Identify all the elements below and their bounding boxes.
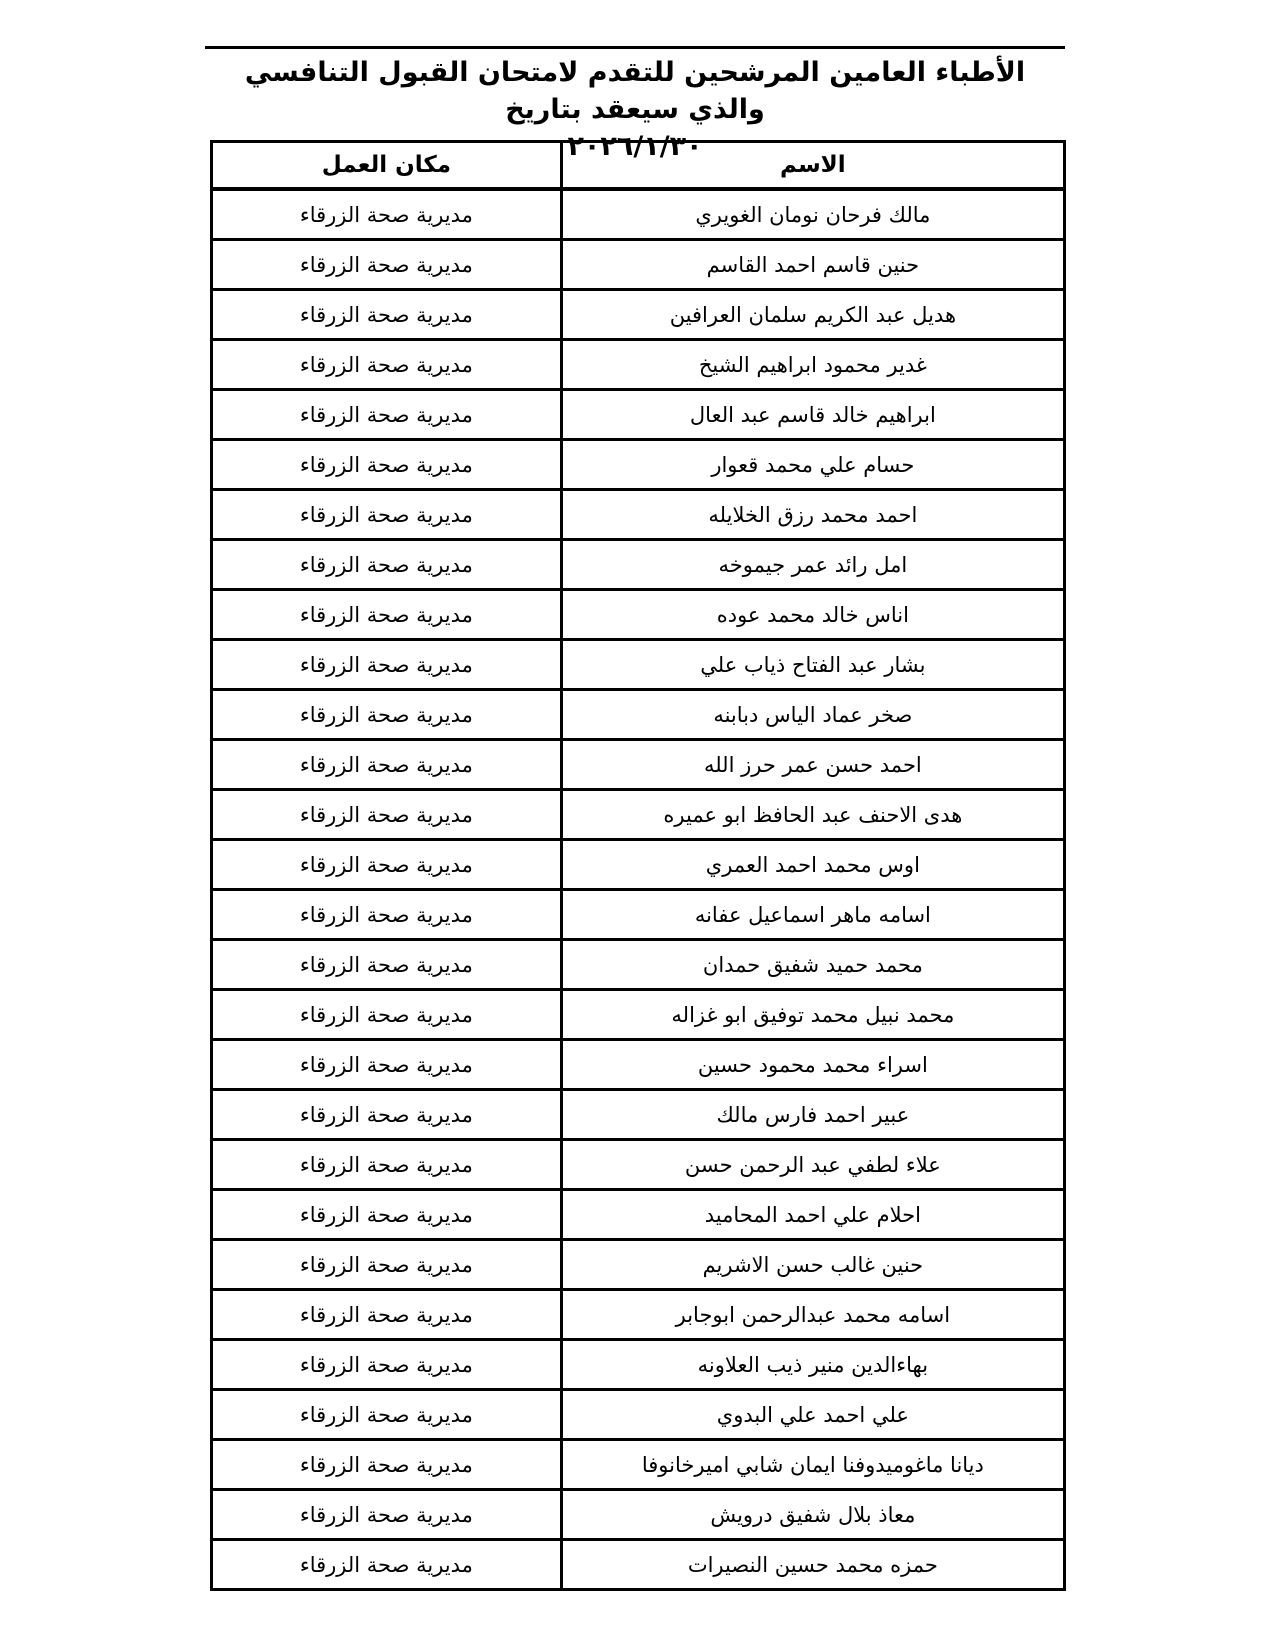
column-header-name: الاسم	[561, 142, 1064, 190]
workplace-cell: مديرية صحة الزرقاء	[212, 740, 562, 790]
table-row: حسام علي محمد قعوارمديرية صحة الزرقاء	[212, 440, 1065, 490]
candidates-table: الاسم مكان العمل مالك فرحان نومان الغوير…	[210, 140, 1066, 1591]
workplace-cell: مديرية صحة الزرقاء	[212, 990, 562, 1040]
workplace-cell: مديرية صحة الزرقاء	[212, 490, 562, 540]
candidate-name-cell: عبير احمد فارس مالك	[561, 1090, 1064, 1140]
table-row: اوس محمد احمد العمريمديرية صحة الزرقاء	[212, 840, 1065, 890]
candidate-name-cell: حسام علي محمد قعوار	[561, 440, 1064, 490]
candidate-name-cell: غدير محمود ابراهيم الشيخ	[561, 340, 1064, 390]
candidate-name-cell: اسراء محمد محمود حسين	[561, 1040, 1064, 1090]
candidate-name-cell: احلام علي احمد المحاميد	[561, 1190, 1064, 1240]
table-row: اناس خالد محمد عودهمديرية صحة الزرقاء	[212, 590, 1065, 640]
candidate-name-cell: مالك فرحان نومان الغويري	[561, 189, 1064, 240]
table-row: حنين قاسم احمد القاسممديرية صحة الزرقاء	[212, 240, 1065, 290]
workplace-cell: مديرية صحة الزرقاء	[212, 890, 562, 940]
table-row: محمد نبيل محمد توفيق ابو غزالهمديرية صحة…	[212, 990, 1065, 1040]
workplace-cell: مديرية صحة الزرقاء	[212, 590, 562, 640]
candidate-name-cell: صخر عماد الياس دبابنه	[561, 690, 1064, 740]
table-row: عبير احمد فارس مالكمديرية صحة الزرقاء	[212, 1090, 1065, 1140]
table-row: مالك فرحان نومان الغويريمديرية صحة الزرق…	[212, 189, 1065, 240]
candidate-name-cell: علي احمد علي البدوي	[561, 1390, 1064, 1440]
workplace-cell: مديرية صحة الزرقاء	[212, 540, 562, 590]
document-page: الأطباء العامين المرشحين للتقدم لامتحان …	[0, 0, 1275, 1650]
workplace-cell: مديرية صحة الزرقاء	[212, 690, 562, 740]
candidate-name-cell: بشار عبد الفتاح ذياب علي	[561, 640, 1064, 690]
table-row: علي احمد علي البدويمديرية صحة الزرقاء	[212, 1390, 1065, 1440]
candidate-name-cell: بهاءالدين منير ذيب العلاونه	[561, 1340, 1064, 1390]
candidate-name-cell: اوس محمد احمد العمري	[561, 840, 1064, 890]
candidate-name-cell: حنين قاسم احمد القاسم	[561, 240, 1064, 290]
candidate-name-cell: محمد نبيل محمد توفيق ابو غزاله	[561, 990, 1064, 1040]
candidate-name-cell: امل رائد عمر جيموخه	[561, 540, 1064, 590]
workplace-cell: مديرية صحة الزرقاء	[212, 840, 562, 890]
workplace-cell: مديرية صحة الزرقاء	[212, 1390, 562, 1440]
column-header-workplace: مكان العمل	[212, 142, 562, 190]
table-row: ابراهيم خالد قاسم عبد العالمديرية صحة ال…	[212, 390, 1065, 440]
candidate-name-cell: حنين غالب حسن الاشريم	[561, 1240, 1064, 1290]
header-divider-line	[205, 46, 1065, 49]
candidate-name-cell: احمد محمد رزق الخلايله	[561, 490, 1064, 540]
workplace-cell: مديرية صحة الزرقاء	[212, 1490, 562, 1540]
candidate-name-cell: اسامه ماهر اسماعيل عفانه	[561, 890, 1064, 940]
candidate-name-cell: علاء لطفي عبد الرحمن حسن	[561, 1140, 1064, 1190]
table-row: هديل عبد الكريم سلمان العرافينمديرية صحة…	[212, 290, 1065, 340]
workplace-cell: مديرية صحة الزرقاء	[212, 1290, 562, 1340]
table-row: ديانا ماغوميدوفنا ايمان شابي اميرخانوفام…	[212, 1440, 1065, 1490]
workplace-cell: مديرية صحة الزرقاء	[212, 1540, 562, 1590]
workplace-cell: مديرية صحة الزرقاء	[212, 440, 562, 490]
table-row: محمد حميد شفيق حمدانمديرية صحة الزرقاء	[212, 940, 1065, 990]
table-row: معاذ بلال شفيق درويشمديرية صحة الزرقاء	[212, 1490, 1065, 1540]
workplace-cell: مديرية صحة الزرقاء	[212, 790, 562, 840]
table-row: احلام علي احمد المحاميدمديرية صحة الزرقا…	[212, 1190, 1065, 1240]
candidate-name-cell: ديانا ماغوميدوفنا ايمان شابي اميرخانوفا	[561, 1440, 1064, 1490]
candidate-name-cell: اسامه محمد عبدالرحمن ابوجابر	[561, 1290, 1064, 1340]
workplace-cell: مديرية صحة الزرقاء	[212, 1140, 562, 1190]
table-row: هدى الاحنف عبد الحافظ ابو عميرهمديرية صح…	[212, 790, 1065, 840]
title-line-text: الأطباء العامين المرشحين للتقدم لامتحان …	[205, 54, 1065, 128]
table-row: بهاءالدين منير ذيب العلاونهمديرية صحة ال…	[212, 1340, 1065, 1390]
table-row: حمزه محمد حسين النصيراتمديرية صحة الزرقا…	[212, 1540, 1065, 1590]
table-header-row: الاسم مكان العمل	[212, 142, 1065, 190]
table-row: اسراء محمد محمود حسينمديرية صحة الزرقاء	[212, 1040, 1065, 1090]
table-row: احمد محمد رزق الخلايلهمديرية صحة الزرقاء	[212, 490, 1065, 540]
candidate-name-cell: هدى الاحنف عبد الحافظ ابو عميره	[561, 790, 1064, 840]
workplace-cell: مديرية صحة الزرقاء	[212, 640, 562, 690]
workplace-cell: مديرية صحة الزرقاء	[212, 390, 562, 440]
workplace-cell: مديرية صحة الزرقاء	[212, 940, 562, 990]
table-row: بشار عبد الفتاح ذياب عليمديرية صحة الزرق…	[212, 640, 1065, 690]
table-row: اسامه ماهر اسماعيل عفانهمديرية صحة الزرق…	[212, 890, 1065, 940]
table-body: مالك فرحان نومان الغويريمديرية صحة الزرق…	[212, 189, 1065, 1590]
workplace-cell: مديرية صحة الزرقاء	[212, 290, 562, 340]
table-row: علاء لطفي عبد الرحمن حسنمديرية صحة الزرق…	[212, 1140, 1065, 1190]
workplace-cell: مديرية صحة الزرقاء	[212, 189, 562, 240]
workplace-cell: مديرية صحة الزرقاء	[212, 1440, 562, 1490]
table-row: امل رائد عمر جيموخهمديرية صحة الزرقاء	[212, 540, 1065, 590]
workplace-cell: مديرية صحة الزرقاء	[212, 1340, 562, 1390]
workplace-cell: مديرية صحة الزرقاء	[212, 1090, 562, 1140]
candidate-name-cell: هديل عبد الكريم سلمان العرافين	[561, 290, 1064, 340]
candidate-name-cell: حمزه محمد حسين النصيرات	[561, 1540, 1064, 1590]
workplace-cell: مديرية صحة الزرقاء	[212, 1190, 562, 1240]
candidate-name-cell: احمد حسن عمر حرز الله	[561, 740, 1064, 790]
workplace-cell: مديرية صحة الزرقاء	[212, 1040, 562, 1090]
workplace-cell: مديرية صحة الزرقاء	[212, 1240, 562, 1290]
candidate-name-cell: معاذ بلال شفيق درويش	[561, 1490, 1064, 1540]
workplace-cell: مديرية صحة الزرقاء	[212, 340, 562, 390]
table-row: اسامه محمد عبدالرحمن ابوجابرمديرية صحة ا…	[212, 1290, 1065, 1340]
candidate-name-cell: اناس خالد محمد عوده	[561, 590, 1064, 640]
candidate-name-cell: ابراهيم خالد قاسم عبد العال	[561, 390, 1064, 440]
workplace-cell: مديرية صحة الزرقاء	[212, 240, 562, 290]
table-row: حنين غالب حسن الاشريممديرية صحة الزرقاء	[212, 1240, 1065, 1290]
table-row: صخر عماد الياس دبابنهمديرية صحة الزرقاء	[212, 690, 1065, 740]
candidate-name-cell: محمد حميد شفيق حمدان	[561, 940, 1064, 990]
table-header: الاسم مكان العمل	[212, 142, 1065, 190]
table-row: غدير محمود ابراهيم الشيخمديرية صحة الزرق…	[212, 340, 1065, 390]
table-row: احمد حسن عمر حرز اللهمديرية صحة الزرقاء	[212, 740, 1065, 790]
